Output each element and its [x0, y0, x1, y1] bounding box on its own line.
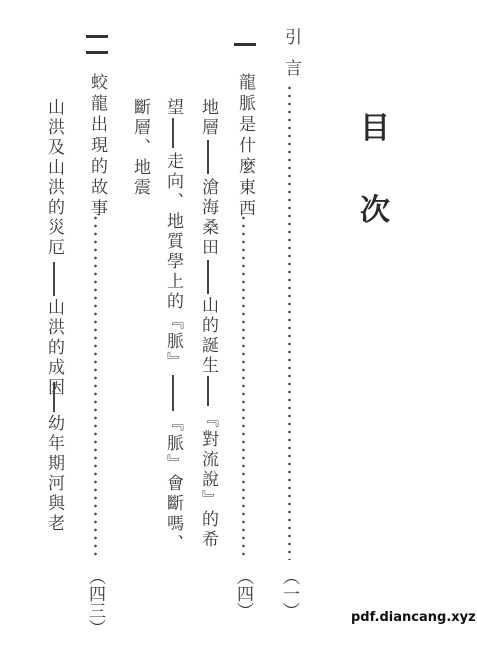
subtopic-fault-quake: 斷層、地震: [131, 98, 148, 198]
chapter-number-two: [86, 35, 108, 38]
em-dash: [53, 382, 55, 412]
toc-title-char-1: 目: [360, 103, 390, 147]
chapter-number-two: [86, 51, 108, 54]
watermark: pdf.diancang.xyz: [351, 610, 476, 625]
subtopic-trend-vein: 走向、地質學上的『脈』: [164, 152, 181, 372]
leader-dots: [242, 214, 245, 560]
subtopic-mountain-birth: 山的誕生: [199, 296, 216, 376]
subtopic-flash-flood: 山洪及山洪的災厄: [45, 98, 62, 258]
entry-2-page[interactable]: （四三）: [86, 568, 103, 636]
subtopic-strata: 地層: [199, 98, 216, 138]
chapter-number-one: [234, 43, 256, 46]
entry-1-label[interactable]: 龍脈是什麼東西: [236, 73, 253, 220]
em-dash: [53, 262, 55, 296]
subtopic-convection: 『對流說』的希: [199, 410, 216, 550]
em-dash: [207, 140, 209, 174]
subtopic-sea-mulberry: 滄海桑田: [199, 178, 216, 258]
em-dash: [207, 260, 209, 294]
entry-preface-label[interactable]: 引言: [282, 28, 299, 90]
subtopic-young-river: 幼年期河與老: [45, 414, 62, 534]
em-dash: [172, 118, 174, 148]
em-dash: [207, 376, 209, 406]
toc-title-char-2: 次: [360, 185, 390, 229]
entry-2-label[interactable]: 蛟龍出現的故事: [88, 73, 105, 220]
leader-dots: [288, 84, 291, 560]
subtopic-hope-cont: 望: [164, 98, 181, 118]
em-dash: [172, 375, 174, 411]
leader-dots: [94, 214, 97, 560]
subtopic-vein-break: 『脈』會斷嗎、: [164, 414, 181, 554]
entry-1-page[interactable]: （四）: [234, 568, 251, 619]
entry-preface-page[interactable]: （一）: [280, 568, 297, 619]
